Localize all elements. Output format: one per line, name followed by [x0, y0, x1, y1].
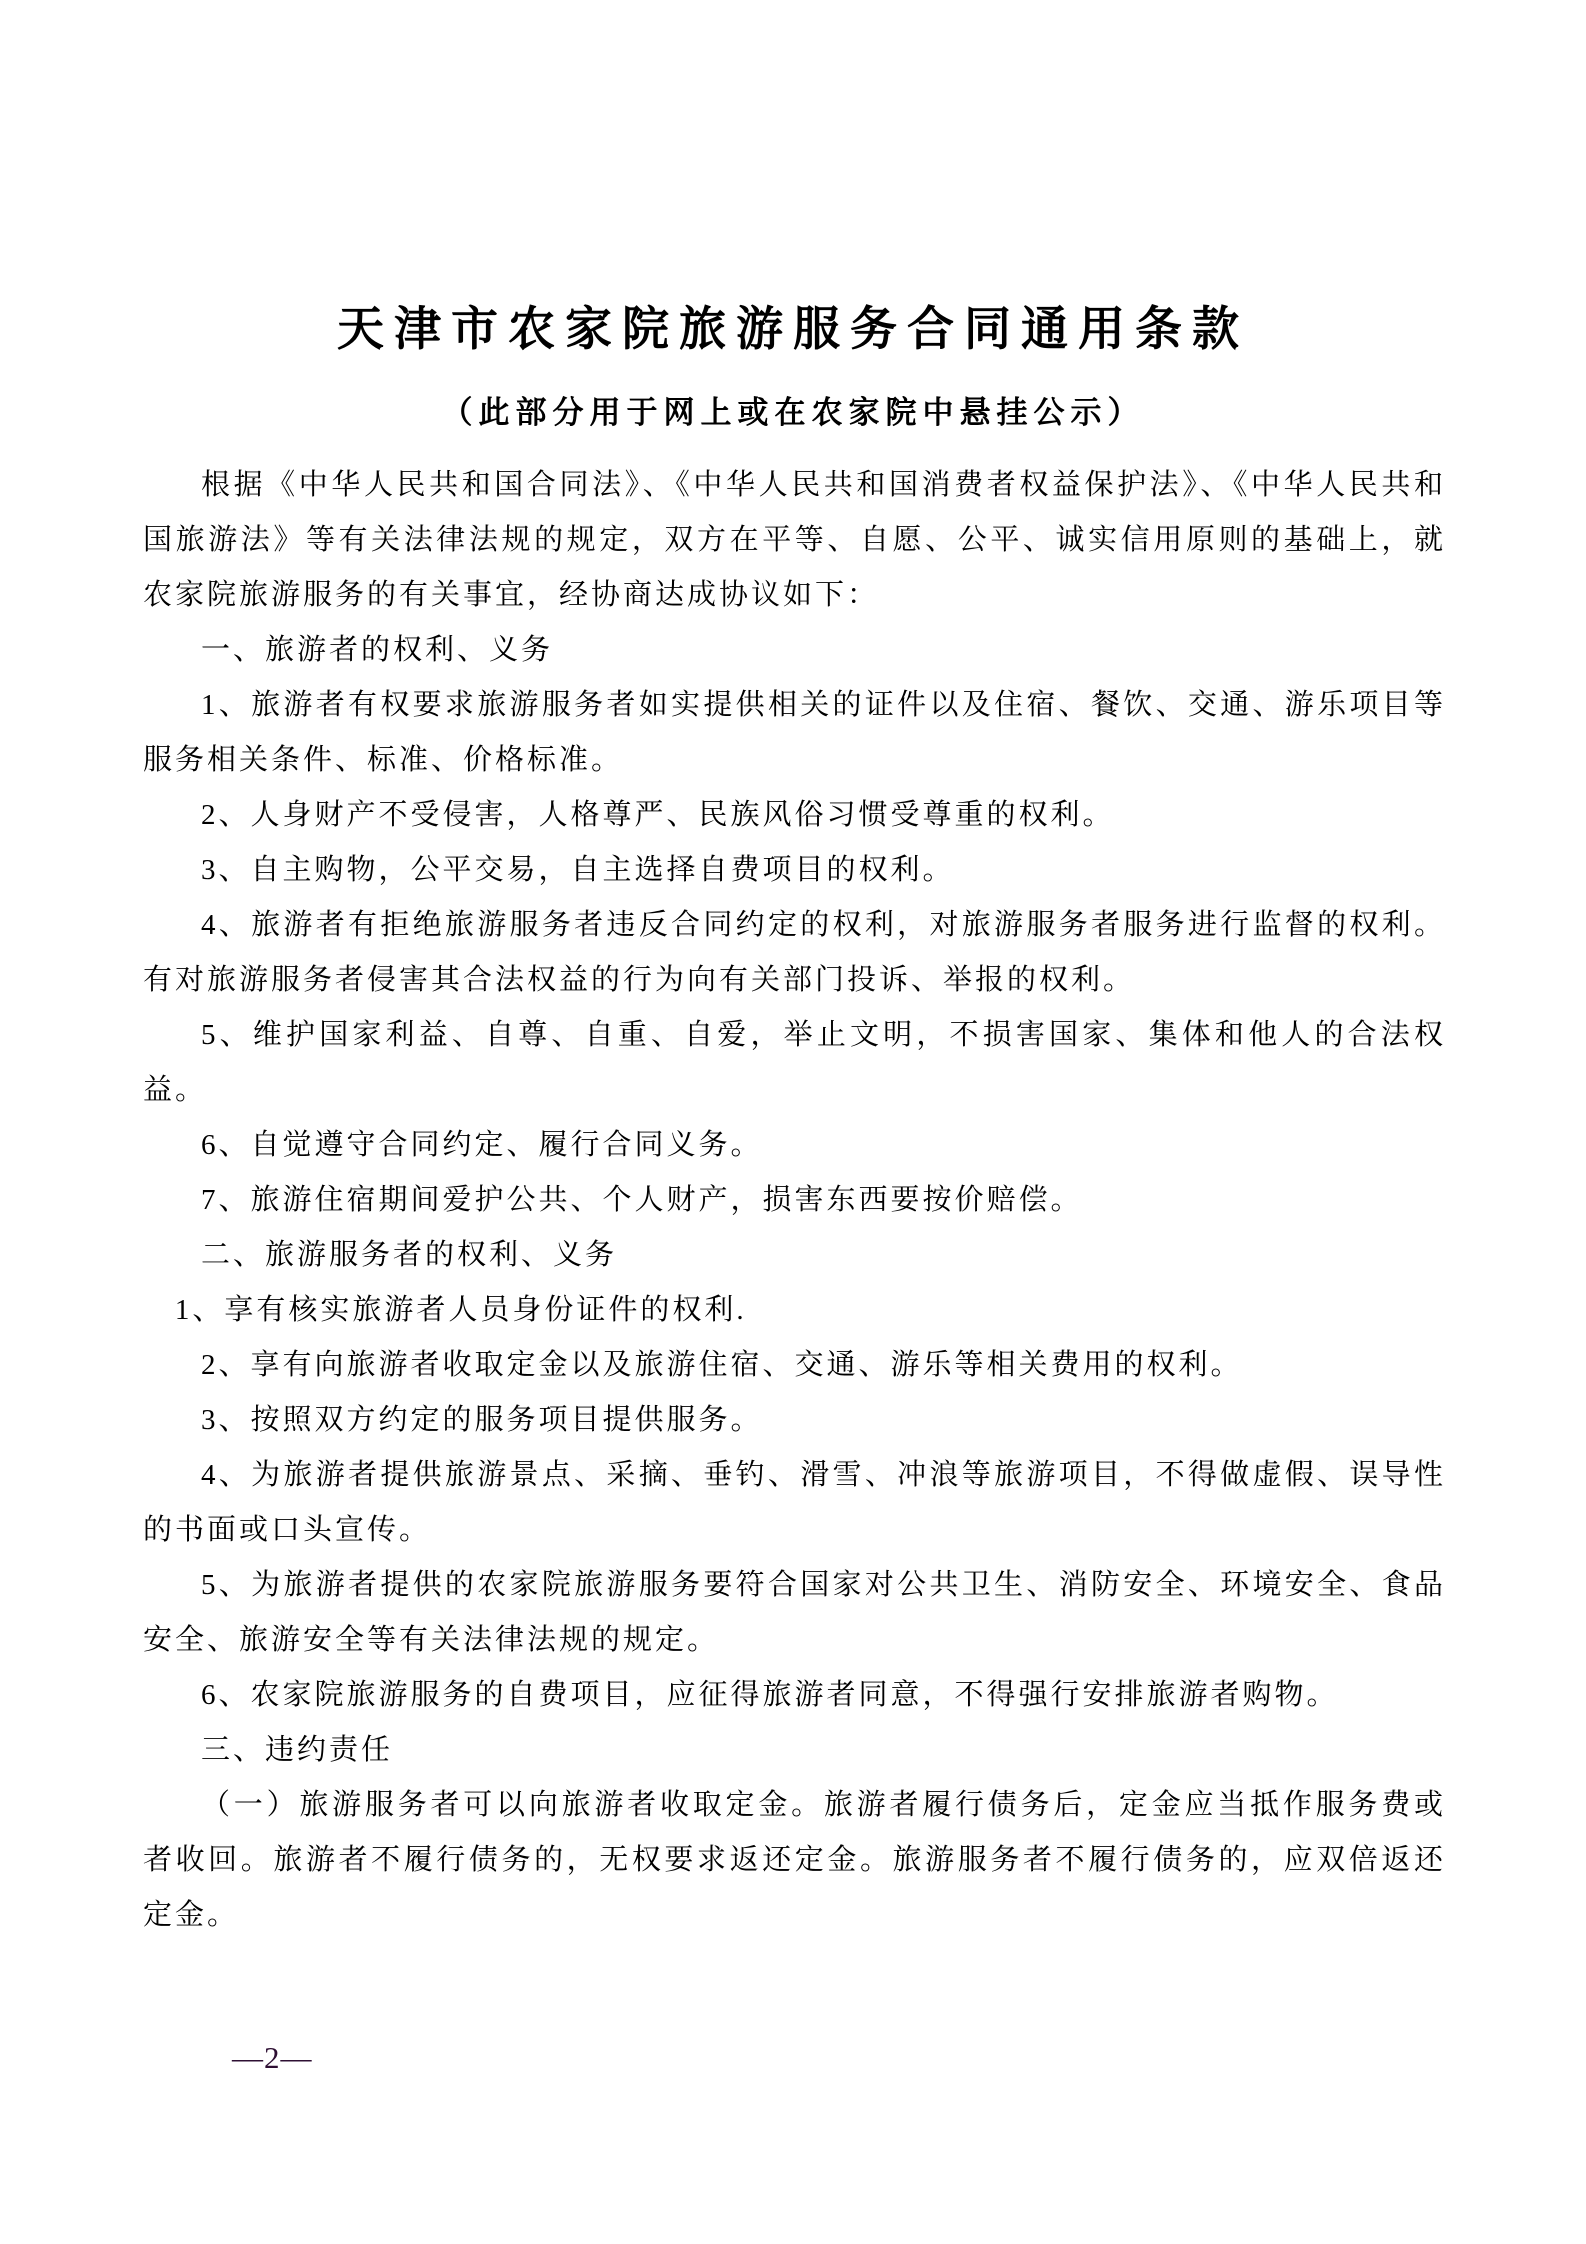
paragraph: 2、人身财产不受侵害，人格尊严、民族风俗习惯受尊重的权利。	[143, 788, 1446, 843]
paragraph: 4、为旅游者提供旅游景点、采摘、垂钓、滑雪、冲浪等旅游项目，不得做虚假、误导性的…	[143, 1448, 1446, 1558]
section-heading: 二、旅游服务者的权利、义务	[143, 1228, 1446, 1283]
paragraph: 6、自觉遵守合同约定、履行合同义务。	[143, 1118, 1446, 1173]
page-subtitle: （此部分用于网上或在农家院中悬挂公示）	[0, 387, 1586, 432]
paragraph: 5、为旅游者提供的农家院旅游服务要符合国家对公共卫生、消防安全、环境安全、食品安…	[143, 1558, 1446, 1668]
paragraph: 3、自主购物，公平交易，自主选择自费项目的权利。	[143, 843, 1446, 898]
paragraph: 1、旅游者有权要求旅游服务者如实提供相关的证件以及住宿、餐饮、交通、游乐项目等服…	[143, 678, 1446, 788]
section-heading: 三、违约责任	[143, 1723, 1446, 1778]
page-number: —2—	[232, 2040, 313, 2076]
paragraph: 7、旅游住宿期间爱护公共、个人财产，损害东西要按价赔偿。	[143, 1173, 1446, 1228]
paragraph: 2、享有向旅游者收取定金以及旅游住宿、交通、游乐等相关费用的权利。	[143, 1338, 1446, 1393]
document-body: 根据《中华人民共和国合同法》、《中华人民共和国消费者权益保护法》、《中华人民共和…	[143, 458, 1446, 1943]
page-title: 天津市农家院旅游服务合同通用条款	[0, 0, 1586, 359]
paragraph: 根据《中华人民共和国合同法》、《中华人民共和国消费者权益保护法》、《中华人民共和…	[143, 458, 1446, 623]
paragraph: 3、按照双方约定的服务项目提供服务。	[143, 1393, 1446, 1448]
document-page: 天津市农家院旅游服务合同通用条款 （此部分用于网上或在农家院中悬挂公示） 根据《…	[0, 0, 1586, 2244]
paragraph: （一）旅游服务者可以向旅游者收取定金。旅游者履行债务后，定金应当抵作服务费或者收…	[143, 1778, 1446, 1943]
section-heading: 一、旅游者的权利、义务	[143, 623, 1446, 678]
paragraph: 5、维护国家利益、自尊、自重、自爱，举止文明，不损害国家、集体和他人的合法权益。	[143, 1008, 1446, 1118]
paragraph: 1、享有核实旅游者人员身份证件的权利.	[143, 1283, 1446, 1338]
paragraph: 6、农家院旅游服务的自费项目，应征得旅游者同意，不得强行安排旅游者购物。	[143, 1668, 1446, 1723]
paragraph: 4、旅游者有拒绝旅游服务者违反合同约定的权利，对旅游服务者服务进行监督的权利。有…	[143, 898, 1446, 1008]
